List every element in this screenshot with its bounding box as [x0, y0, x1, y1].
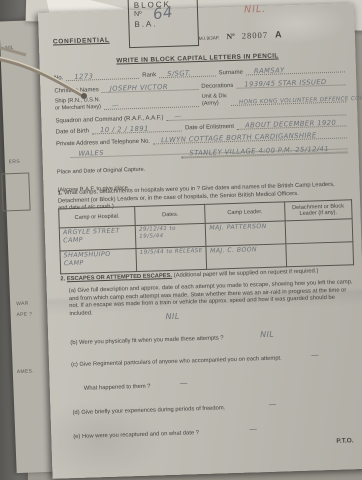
- cell-block-leader: [289, 243, 349, 245]
- form-reference-number: M.I.9/JAP. Nº 28007 A: [199, 29, 282, 42]
- field-unit-div: Unit & Div. (Army) HONG KONG VOLUNTEER D…: [202, 89, 349, 107]
- value-squadron: —: [174, 113, 181, 121]
- header-block-leader: Detachment or Block Leader (if any).: [284, 200, 352, 221]
- block-number-stamp: BLOCK Nº B.A. 64: [128, 0, 200, 48]
- header-dates: Dates.: [135, 204, 206, 225]
- answer-2e: —: [249, 424, 258, 433]
- answer-2c-followup: —: [180, 378, 189, 387]
- header-camp-leader: Camp Leader.: [205, 202, 285, 223]
- underpage-fragment: ERS: [9, 159, 20, 165]
- cell-camp: SHAMSHUIPO CAMP: [64, 250, 134, 268]
- question-2a-label: (a): [69, 288, 76, 294]
- cell-dates: 19/5/44 to RELEASE: [140, 248, 203, 257]
- photo-of-document: NIL ERS WAR APE ? AMES. CONFIDENTIAL BLO…: [0, 0, 362, 480]
- question-2-title: ESCAPES OR ATTEMPTED ESCAPES.: [67, 273, 172, 282]
- question-2b-text: Were you physically fit when you made th…: [79, 335, 224, 346]
- handwritten-nil-annotation: NIL.: [244, 4, 267, 16]
- value-rank: S/SGT.: [167, 69, 191, 78]
- question-2-number: 2.: [60, 276, 65, 282]
- cell-leader: MAJ. PATTERSON: [209, 222, 281, 232]
- ref-prefix: M.I.9/JAP.: [199, 35, 220, 41]
- question-2c-followup: What happened to them ?: [84, 377, 358, 393]
- field-surname: Surname RAMSAY: [218, 63, 348, 76]
- answer-2d: —: [268, 400, 277, 409]
- question-2a: (a) Give full description and approx. da…: [69, 279, 356, 318]
- camps-table: Camp or Hospital. Dates. Camp Leader. De…: [58, 199, 354, 274]
- answer-2b: NIL: [260, 330, 274, 339]
- binding-cord: [0, 42, 126, 152]
- ref-no-label: Nº: [226, 32, 235, 41]
- question-2e-text: How were you recaptured and on what date…: [82, 430, 199, 440]
- underpage-fragment: AMES.: [17, 368, 34, 375]
- answer-2c: —: [311, 350, 320, 359]
- question-1-number: 1.: [58, 190, 63, 196]
- cell-block-leader: [288, 220, 348, 222]
- answer-2a: NIL: [165, 312, 179, 321]
- question-2d: (d) Give briefly your experiences during…: [72, 401, 358, 418]
- question-2a-text: Give full description and approx. date o…: [69, 279, 353, 316]
- question-2d-text: Give briefly your experiences during per…: [81, 405, 225, 416]
- underpage-fragment: APE ?: [17, 311, 33, 318]
- punch-hole: [81, 93, 87, 99]
- value-unit-div: HONG KONG VOLUNTEER DEFENCE CORPS: [239, 96, 362, 106]
- value-decorations: 1939/45 STAR ISSUED: [244, 78, 326, 89]
- question-2e: (e) How were you recaptured and on what …: [73, 425, 359, 442]
- cell-dates: 29/12/41 to 19/5/44: [139, 225, 203, 240]
- value-surname: RAMSAY: [254, 66, 285, 75]
- question-2d-label: (d): [72, 410, 79, 416]
- question-2b: (b) Were you physically fit when you mad…: [70, 331, 356, 348]
- cell-leader: MAJ. C. BOON: [210, 245, 282, 255]
- field-rank: Rank S/SGT.: [142, 67, 219, 78]
- handwritten-block-number: 64: [152, 3, 174, 24]
- underpage-fragment: WAR: [16, 301, 29, 307]
- ref-suffix: A: [275, 29, 282, 39]
- question-2c-followup-text: What happened to them ?: [84, 384, 151, 392]
- pto-label: P.T.O.: [336, 437, 353, 445]
- question-2b-label: (b): [70, 340, 77, 346]
- ref-number: 28007: [242, 30, 269, 41]
- cell-camp: ARGYLE STREET CAMP: [63, 227, 133, 245]
- question-2e-label: (e): [73, 434, 80, 440]
- question-2c-label: (c): [71, 362, 78, 368]
- question-2c-text: Give Regimental particulars of anyone wh…: [79, 356, 281, 368]
- field-decorations: Decorations 1939/45 STAR ISSUED: [201, 76, 348, 90]
- underpage-box-fragment: [1, 172, 30, 211]
- header-camp-or-hospital: Camp or Hospital.: [59, 207, 136, 228]
- value-date-of-enlistment: ABOUT DECEMBER 1920: [245, 119, 336, 130]
